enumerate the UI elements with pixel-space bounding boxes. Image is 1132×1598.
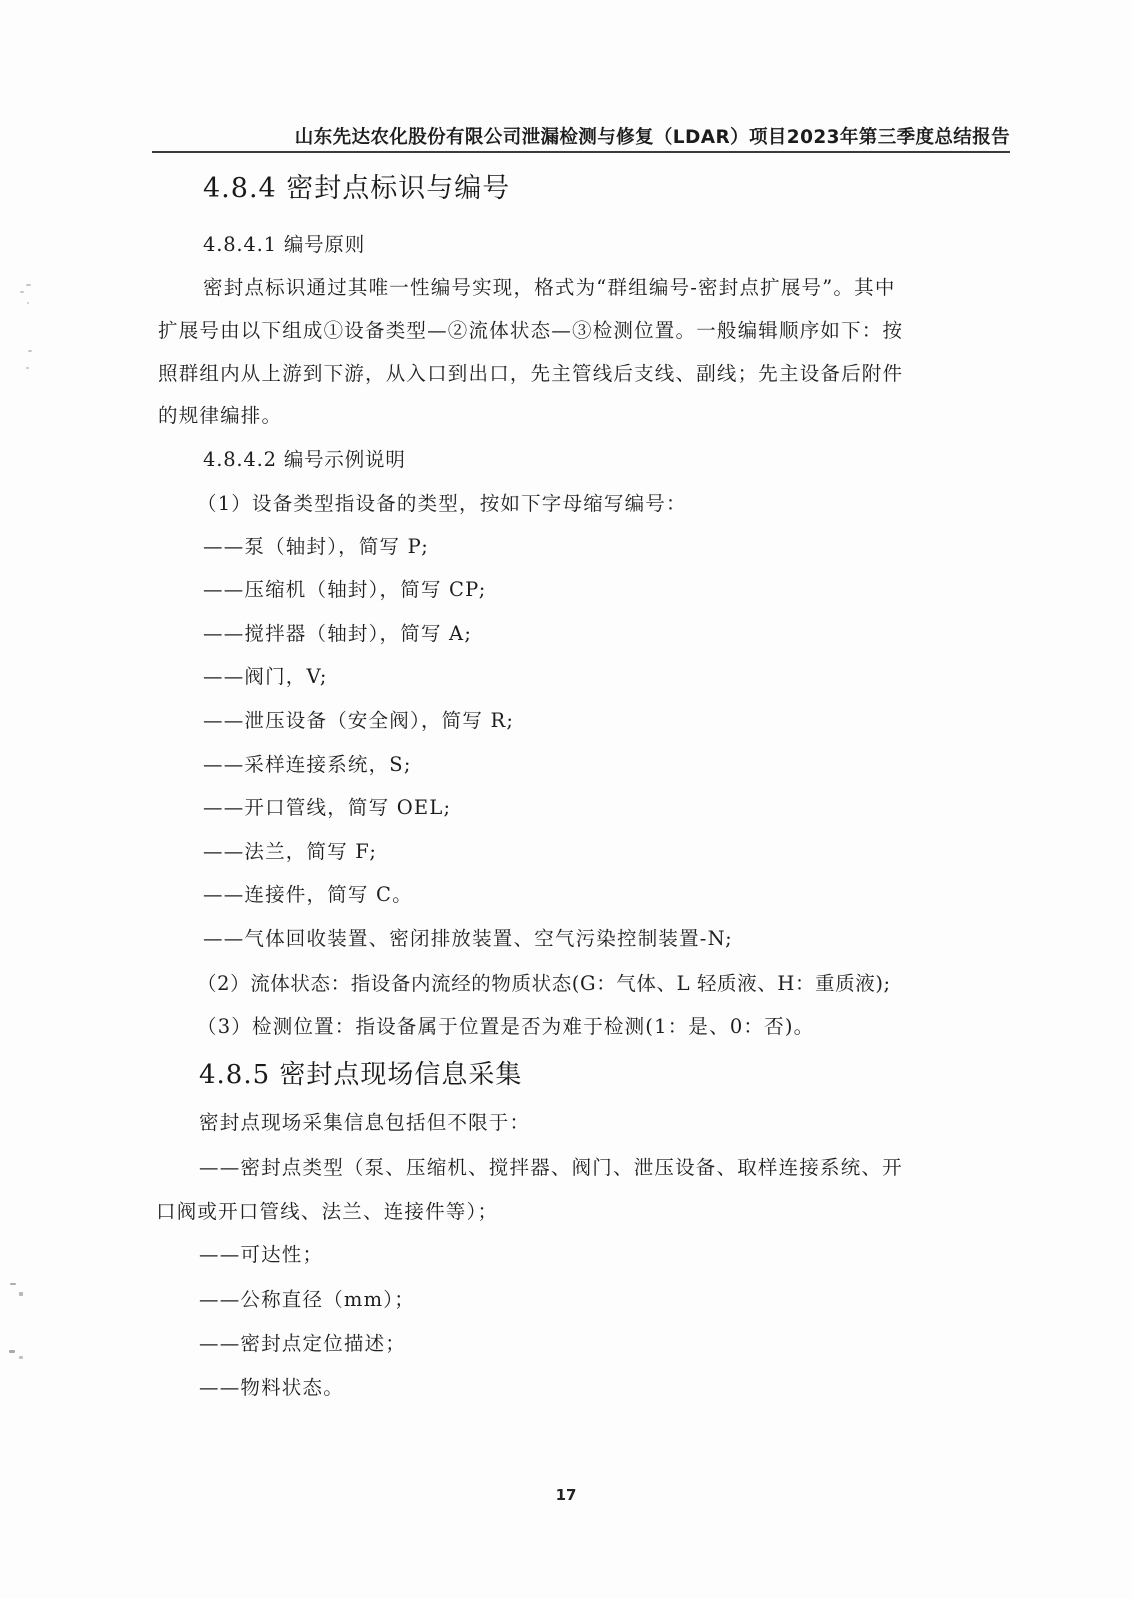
- collection-item: ——可达性；: [199, 1239, 323, 1267]
- paragraph-line: 的规律编排。: [158, 400, 282, 428]
- collection-item: ——物料状态。: [199, 1372, 344, 1400]
- detection-position-description: （3）检测位置：指设备属于位置是否为难于检测(1：是、0：否)。: [197, 1011, 814, 1039]
- section-heading-4-8-4: 4.8.4 密封点标识与编号: [203, 166, 510, 205]
- scan-artifact: [19, 1292, 23, 1296]
- scan-artifact: [19, 1356, 23, 1359]
- paragraph-line: 扩展号由以下组成①设备类型—②流体状态—③检测位置。一般编辑顺序如下：按: [158, 315, 903, 343]
- header-divider: [152, 151, 1010, 153]
- list-item-equipment-type: ——泵（轴封），简写 P;: [203, 531, 429, 559]
- paragraph-line: 照群组内从上游到下游，从入口到出口，先主管线后支线、副线；先主设备后附件: [158, 358, 903, 386]
- scan-artifact: [27, 302, 29, 304]
- subsection-heading-4-8-4-2: 4.8.4.2 编号示例说明: [203, 444, 406, 472]
- scan-artifact: [26, 284, 31, 286]
- document-page: 山东先达农化股份有限公司泄漏检测与修复（LDAR）项目2023年第三季度总结报告…: [0, 0, 1132, 1598]
- page-number: 17: [0, 1486, 1132, 1504]
- list-item-equipment-type: ——阀门，V;: [203, 661, 328, 689]
- paragraph-line: 密封点标识通过其唯一性编号实现，格式为“群组编号-密封点扩展号”。其中: [203, 272, 896, 300]
- list-item-equipment-type: ——压缩机（轴封），简写 CP;: [203, 574, 487, 602]
- subsection-heading-4-8-4-1: 4.8.4.1 编号原则: [203, 229, 365, 257]
- scan-artifact: [9, 1350, 15, 1353]
- list-item-equipment-type: ——采样连接系统，S;: [203, 749, 412, 777]
- collection-intro: 密封点现场采集信息包括但不限于：: [199, 1107, 530, 1135]
- list-item-equipment-type: ——连接件，简写 C。: [203, 879, 413, 907]
- scan-artifact: [20, 291, 24, 293]
- collection-item-continuation: 口阀或开口管线、法兰、连接件等）；: [156, 1196, 498, 1224]
- collection-item: ——公称直径（mm）；: [199, 1284, 415, 1312]
- scan-artifact: [10, 1283, 16, 1285]
- running-header-title: 山东先达农化股份有限公司泄漏检测与修复（LDAR）项目2023年第三季度总结报告: [152, 123, 1010, 149]
- list-item-equipment-type: ——泄压设备（安全阀），简写 R;: [203, 705, 514, 733]
- scan-artifact: [28, 350, 32, 352]
- section-heading-4-8-5: 4.8.5 密封点现场信息采集: [199, 1054, 522, 1091]
- scan-artifact: [26, 367, 29, 369]
- fluid-state-description: （2）流体状态：指设备内流经的物质状态(G：气体、L 轻质液、H：重质液);: [197, 968, 891, 996]
- list-item-equipment-type: ——搅拌器（轴封），简写 A;: [203, 618, 472, 646]
- list-item-equipment-type: ——气体回收装置、密闭排放装置、空气污染控制装置-N;: [203, 923, 733, 951]
- list-item-equipment-type: ——法兰，简写 F;: [203, 836, 377, 864]
- collection-item: ——密封点定位描述；: [199, 1328, 406, 1356]
- list-item-equipment-type: ——开口管线，简写 OEL;: [203, 792, 451, 820]
- list-intro: （1）设备类型指设备的类型，按如下字母缩写编号：: [197, 488, 687, 516]
- collection-item: ——密封点类型（泵、压缩机、搅拌器、阀门、泄压设备、取样连接系统、开: [199, 1152, 903, 1180]
